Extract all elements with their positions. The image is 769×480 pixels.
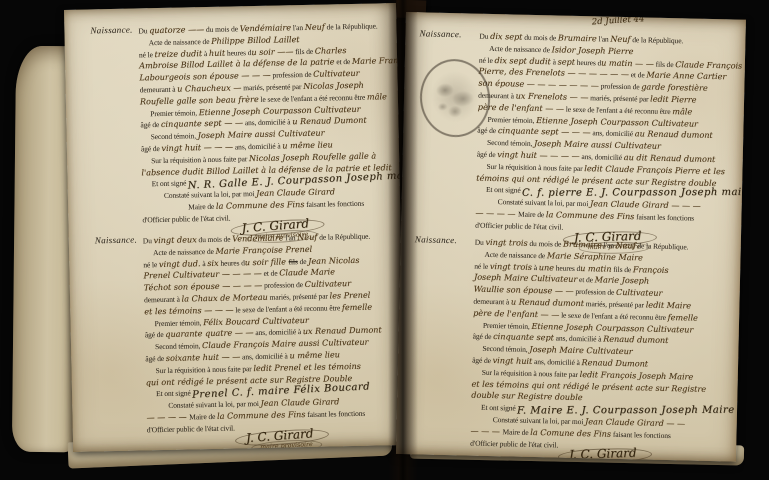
printed-text: âgé de [145,330,166,339]
printed-text: Et ont signé [481,403,518,413]
printed-text: Sur la réquisition à nous faite par [151,154,249,165]
handwritten-text: Neuf [297,232,317,242]
handwritten-text: ux Frenelots — — [516,90,589,102]
printed-text: heures d [554,263,580,273]
handwritten-text: Neuf [615,240,635,250]
printed-text: de la République. [636,241,689,251]
printed-text: ans, domicilié à [243,118,292,128]
handwritten-text: une [539,262,554,272]
handwritten-text: Charles [315,45,347,56]
printed-text: de [298,257,309,266]
printed-text: du mois de [528,239,564,249]
printed-text: heures d [225,48,251,58]
handwritten-text: Cultivateur [305,278,352,289]
handwritten-text: u Renaud dumont [511,296,584,308]
printed-text: âgé de [472,356,493,365]
handwritten-text: Renaud Dumont [581,357,648,369]
printed-text: Du [475,238,486,247]
printed-text: Du [479,32,490,41]
printed-text: mariés, présenté par [241,82,303,92]
handwritten-text: les Prenel [329,290,370,301]
handwritten-text: Marie Séraphine Maire [547,250,643,262]
printed-text: Second témoin, [151,131,198,141]
printed-text: né le [143,260,159,269]
handwritten-text: u matin — — [601,57,654,68]
handwritten-text: Jean Claude Girard [256,187,335,199]
handwritten-text: vingt dud. [159,258,201,269]
printed-text: du mois de [522,33,558,43]
handwritten-text: soixante huit — — [166,351,241,363]
printed-text: Acte de naissance de [484,250,547,260]
printed-text: né le [474,261,490,270]
printed-text: Maire de [502,427,530,437]
handwritten-text: Claude Marie [279,267,335,278]
handwritten-text: cinquante sept — — [161,118,243,130]
printed-text: et de [262,269,280,278]
handwritten-text: la Comune des Fins [530,427,611,439]
printed-text: Et ont signé [152,179,189,189]
printed-text: profession de [271,70,314,80]
handwritten-text: six [207,257,219,267]
record-text: Du quatorze —— du mois de Vendémiaire l'… [138,19,405,249]
printed-text: Et ont signé [486,185,523,195]
printed-text: de la République. [630,35,683,45]
printed-text: âgé de [140,120,161,129]
printed-text: profession de [574,287,617,297]
printed-text: faisant les fonctions [634,212,694,222]
record-type-label: Naissance. [405,28,479,40]
printed-text: Premier témoin, [150,108,199,118]
signature-text: F. Maire E. J. Courpasson Joseph Maire [517,406,735,417]
printed-text: mariés, présenté par [268,291,330,301]
printed-text: âgé de [477,126,498,135]
handwritten-text: — — — — [475,208,518,219]
printed-text: Acte de naissance de [149,37,212,47]
printed-text: Maire de [189,412,217,422]
handwritten-text: au Renaud dumont [635,129,713,141]
printed-text: et de [577,275,595,284]
handwritten-text: u matin [580,263,612,274]
handwritten-text: cinquante sept [493,331,554,342]
handwritten-text: mâle [367,91,387,101]
record-type-label: Naissance. [69,234,143,246]
handwritten-text: Claude François [675,59,742,71]
handwritten-text: vingt huit [493,355,533,366]
printed-text: âgé de [477,150,498,159]
handwritten-text: Marie Françoise [352,55,405,66]
handwritten-text: mâle [672,106,692,116]
handwritten-text: u même lieu [289,349,340,360]
printed-text: de la République. [317,232,370,242]
printed-text: Sur la réquisition à nous faite par [155,364,253,375]
handwritten-text: vingt huit — — — [161,141,233,152]
printed-text: né le [479,55,495,64]
printed-text: Acte de naissance de [153,247,216,257]
printed-text: fils de [293,46,315,55]
printed-text: et de [629,70,647,79]
handwritten-text: Nicolas Joseph [303,80,364,91]
printed-text: fils de [654,59,676,68]
handwritten-text: Cultivateur [313,68,360,79]
printed-text: ans, domicilié à [253,327,302,337]
right-page: 2d Juillet 44 Naissance.Du dix sept du m… [396,12,746,462]
handwritten-text: François [633,264,669,275]
handwritten-text: treize dudit [154,48,202,59]
printed-text: Du [138,26,149,35]
handwritten-text: vingt huit — — — — [497,149,580,161]
printed-text: Maire de [188,202,216,212]
handwritten-text: ledit Pierre [650,94,697,105]
printed-text: mariés, présenté par [588,93,650,103]
printed-text: et de [334,57,352,66]
printed-text: Premier témoin, [483,320,532,330]
printed-text: du mois de [204,24,240,34]
printed-text: né le [139,50,155,59]
left-page: Naissance.Du quatorze —— du mois de Vend… [64,3,405,452]
printed-text: du mois de [197,235,233,245]
handwritten-text: — — — — [146,411,189,422]
printed-text: Maire de [518,210,546,220]
printed-text: faisant les fonctions [304,199,364,209]
printed-text: ans, domicilié [580,152,624,162]
handwritten-text: Marie Joseph [595,275,650,286]
left-page-records: Naissance.Du quatorze —— du mois de Vend… [64,3,396,10]
record-text: Du dix sept du mois de Brumaire l'an Neu… [475,30,746,261]
printed-text: Premier témoin, [154,318,203,328]
handwritten-text: Neuf [305,22,325,32]
printed-text: profession de [599,82,642,92]
birth-record: Naissance.Du vingt deux du mois de Vendé… [69,229,405,452]
handwritten-text: vingt deux [153,234,196,245]
handwritten-text: Brumaire [558,32,597,43]
record-text: Du vingt deux du mois de Vendémiaire l'a… [143,229,405,452]
handwritten-text: u Renaud Dumont [292,115,367,127]
marginal-date-annotation: 2d Juillet 44 [592,14,645,27]
handwritten-text: Brumaire [563,239,602,250]
handwritten-text: la Commune des Fins [546,209,635,221]
printed-text: âgé de [141,144,162,153]
handwritten-text: et les témoins — — — [144,304,233,316]
printed-text: faisant les fonctions [611,430,671,440]
printed-text: demeurant à [140,85,178,95]
printed-text: l'an [284,233,298,242]
record-text: Du vingt trois du mois de Brumaire l'an … [470,236,741,462]
handwritten-text: Neuf [610,34,630,44]
handwritten-text: quatorze —— [149,24,204,35]
printed-text: heures d [575,57,601,67]
printed-text: ans, domicilié [591,129,635,139]
handwritten-text: père de l'enfant — — [473,307,559,319]
printed-text: ans, domicilié à [233,141,282,151]
birth-record: Naissance.Du vingt trois du mois de Brum… [396,234,741,462]
handwritten-text: u même lieu [282,139,333,150]
handwritten-text: ledit Maire [646,300,692,311]
handwritten-text: femelle [668,312,698,323]
printed-text: Sur la réquisition à nous faite par [482,368,580,379]
handwritten-text: Marie Anne Cartier [646,70,726,82]
handwritten-text: la Chaux de Morteau [181,292,267,304]
printed-text: Acte de naissance de [489,44,552,54]
handwritten-text: vingt trois [485,237,527,248]
handwritten-text: Renaud dumont [603,334,669,345]
handwritten-text: ux Renaud Dumont [303,325,382,337]
handwritten-text: Marie Françoise Prenel [215,244,312,256]
printed-text: âgé de [473,332,494,341]
handwritten-text: u Chaucheux — [177,82,241,93]
printed-text: âgé de [145,354,166,363]
handwritten-text: père de l'enfant — — [478,101,564,113]
printed-text: l'an [602,241,616,250]
printed-text: mariés, présenté par [584,299,646,309]
handwritten-text: Cultivateur [616,287,663,298]
printed-text: l'an [291,23,305,32]
printed-text: Du [143,236,154,245]
handwritten-text: ledit Prenel et les témoins [253,361,361,373]
printed-text: demeurant à [473,297,511,307]
birth-record: Naissance.Du quatorze —— du mois de Vend… [64,19,401,250]
printed-text: Et ont signé [156,389,193,399]
record-type-label: Naissance. [64,24,138,36]
handwritten-text: u soir —— [251,46,293,57]
right-page-records: Naissance.Du dix sept du mois de Brumair… [406,12,746,20]
handwritten-text: Jean Nicolas [308,254,359,265]
handwritten-text: huit [209,47,225,57]
printed-text: Sur la réquisition à nous faite par [486,162,584,173]
handwritten-text: Isidor Joseph Pierre [552,44,634,56]
register-scan: Naissance.Du quatorze —— du mois de Vend… [0,0,769,480]
handwritten-text: sept [558,56,576,66]
printed-text: ans, domicilié à [532,357,581,367]
printed-text: profession de [262,280,305,290]
printed-text: d'Officier public de l'état civil. [147,423,235,434]
handwritten-text: garde forestière [641,82,708,94]
printed-text: Second témoin, [482,344,529,354]
signature-text: C. f. pierre E. J. Courpasson Joseph mai… [522,188,746,199]
printed-text: d'Officier public de l'état civil. [470,438,558,449]
printed-text: faisant les fonctions [305,409,365,419]
printed-text: Premier témoin, [487,114,536,124]
printed-text: d'Officier public de l'état civil. [475,220,563,231]
handwritten-text: u soir fille [245,256,289,267]
handwritten-text: dix sept dudit [494,55,550,66]
handwritten-text: Vendémiaire [232,232,284,243]
record-type-label: Naissance. [401,234,475,246]
handwritten-text: vingt trois [490,261,532,272]
handwritten-text: au dit Renaud dumont [624,152,716,164]
handwritten-text: dix sept [490,31,523,42]
handwritten-text: Jean Claude Girard [260,396,339,408]
handwritten-text: la Commune des Fins [217,409,306,421]
printed-text: de la République. [325,21,378,31]
printed-text: demeurant à [144,295,182,305]
handwritten-text: Vendémiaire [240,22,292,33]
printed-text: ans, domicilié à [554,334,603,344]
printed-text: d'Officier public de l'état civil. [142,213,230,224]
printed-text: Second témoin, [155,341,202,351]
handwritten-text: — — — [470,425,502,436]
printed-text: fils de [611,264,633,273]
handwritten-text: Philippe Billod Laillet [211,34,300,46]
printed-text: le sexe de l'enfant a été reconnu être [233,303,342,314]
printed-text: ans, domicilié à [240,351,289,361]
handwritten-text: femelle [342,301,372,312]
printed-text: heures d [219,258,245,268]
printed-text: l'an [597,34,611,43]
handwritten-text: la Commune des Fins [216,199,305,211]
printed-text: Second témoin, [487,138,534,148]
